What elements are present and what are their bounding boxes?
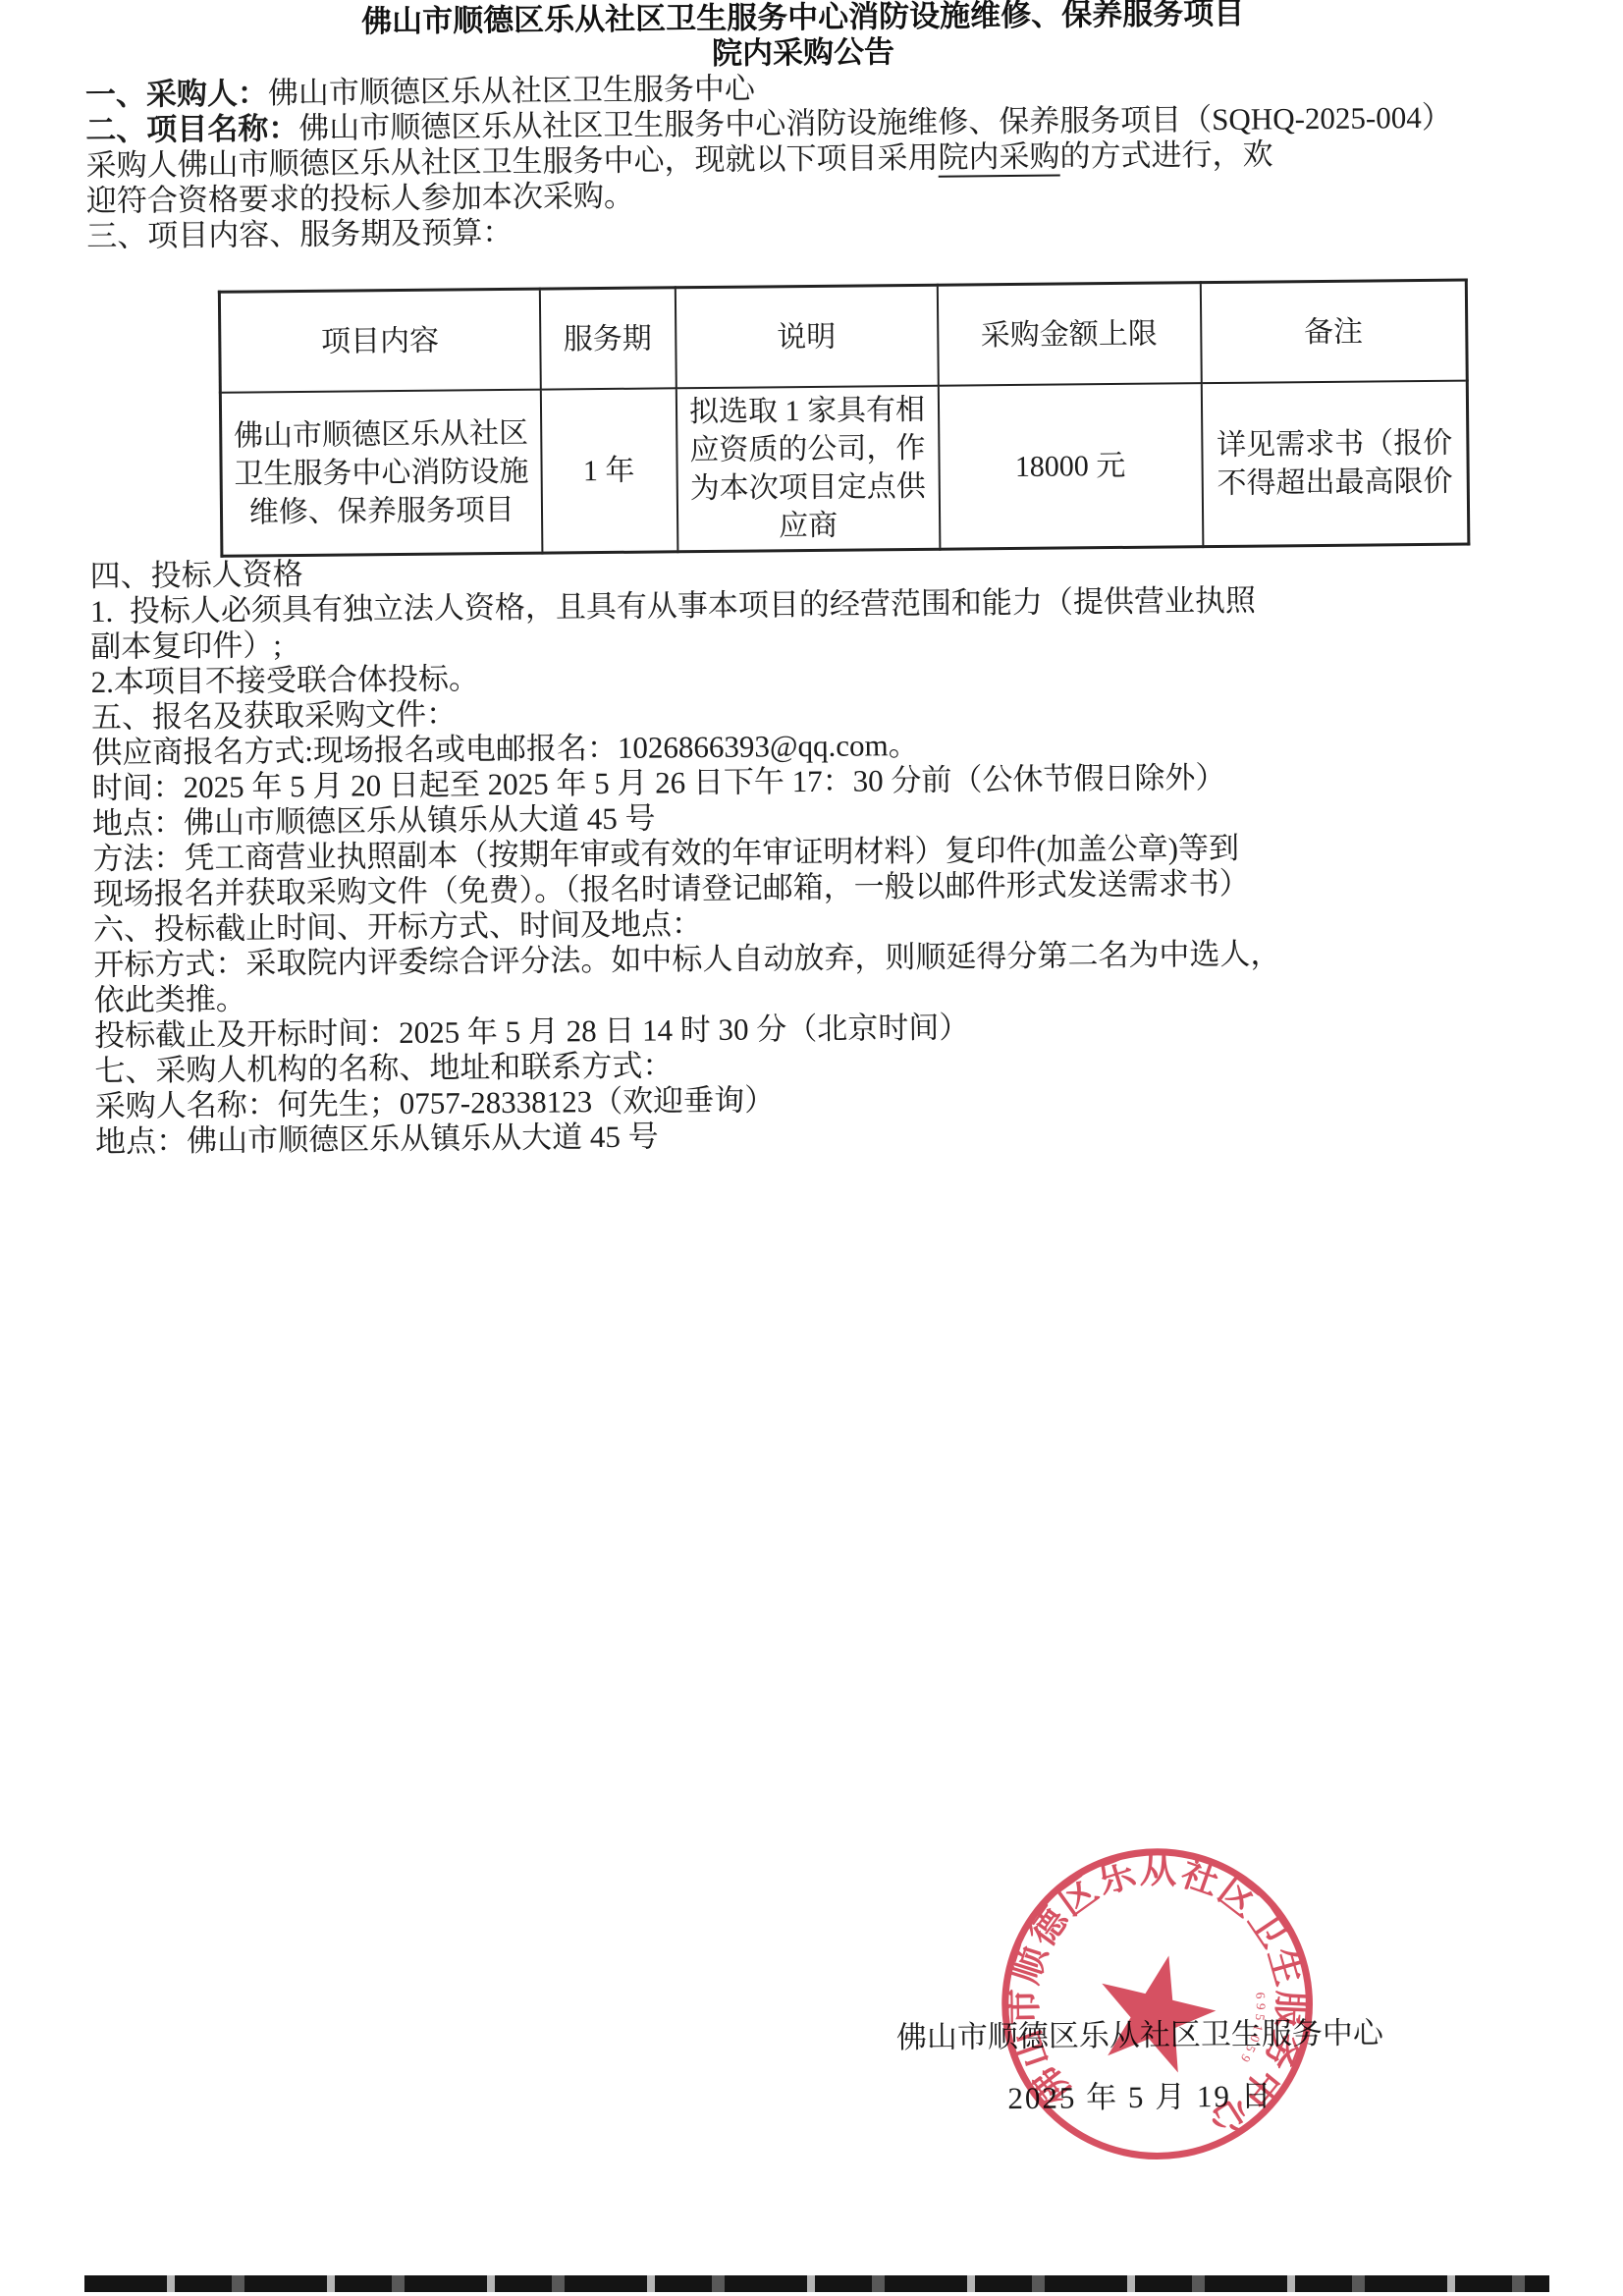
svg-text:佛山市顺德区乐从社区卫生服务中心: 佛山市顺德区乐从社区卫生服务中心 — [987, 1833, 1327, 2167]
signature-date: 2025 年 5 月 19 日 — [865, 2077, 1415, 2117]
section-2-label: 二、项目名称： — [85, 111, 298, 147]
scan-artifact-strip — [84, 2275, 1549, 2292]
official-seal-stamp: 佛山市顺德区乐从社区卫生服务中心 6951059 — [987, 1833, 1327, 2174]
col-header-budget-cap: 采购金额上限 — [937, 283, 1201, 386]
budget-table: 项目内容 服务期 说明 采购金额上限 备注 佛山市顺德区乐从社区卫生服务中心消防… — [218, 279, 1471, 558]
signature-org: 佛山市顺德区乐从社区卫生服务中心 — [865, 2015, 1415, 2055]
col-header-service-period: 服务期 — [539, 288, 676, 390]
signature-block: 佛山市顺德区乐从社区卫生服务中心 2025 年 5 月 19 日 — [865, 2015, 1416, 2117]
table-row: 佛山市顺德区乐从社区卫生服务中心消防设施维修、保养服务项目 1 年 拟选取 1 … — [220, 381, 1469, 557]
col-header-project-content: 项目内容 — [219, 289, 540, 393]
cell-budget-cap: 18000 元 — [938, 383, 1203, 549]
item-1-number: 1. — [90, 594, 130, 629]
section-1-value: 佛山市顺德区乐从社区卫生服务中心 — [268, 72, 755, 111]
col-header-remarks: 备注 — [1200, 280, 1467, 383]
cell-service-period: 1 年 — [540, 388, 677, 553]
seal-ring-circle — [987, 1833, 1327, 2174]
intro-underlined-term: 院内采购 — [938, 139, 1059, 178]
intro-post: 的方式进行，欢 — [1059, 137, 1272, 173]
intro-pre: 采购人佛山市顺德区乐从社区卫生服务中心，现就以下项目采用 — [85, 140, 938, 183]
cell-description: 拟选取 1 家具有相应资质的公司，作为本次项目定点供应商 — [676, 386, 940, 552]
document-page: 佛山市顺德区乐从社区卫生服务中心消防设施维修、保养服务项目 院内采购公告 一、采… — [0, 0, 1623, 2296]
cell-project-content: 佛山市顺德区乐从社区卫生服务中心消防设施维修、保养服务项目 — [220, 390, 542, 557]
col-header-description: 说明 — [675, 285, 938, 388]
table-header-row: 项目内容 服务期 说明 采购金额上限 备注 — [219, 280, 1467, 393]
section-1-label: 一、采购人： — [85, 76, 268, 112]
document-content: 佛山市顺德区乐从社区卫生服务中心消防设施维修、保养服务项目 院内采购公告 一、采… — [0, 0, 1623, 2296]
seal-ring-text: 佛山市顺德区乐从社区卫生服务中心 — [987, 1833, 1327, 2167]
cell-remarks: 详见需求书（报价不得超出最高限价 — [1201, 381, 1469, 547]
